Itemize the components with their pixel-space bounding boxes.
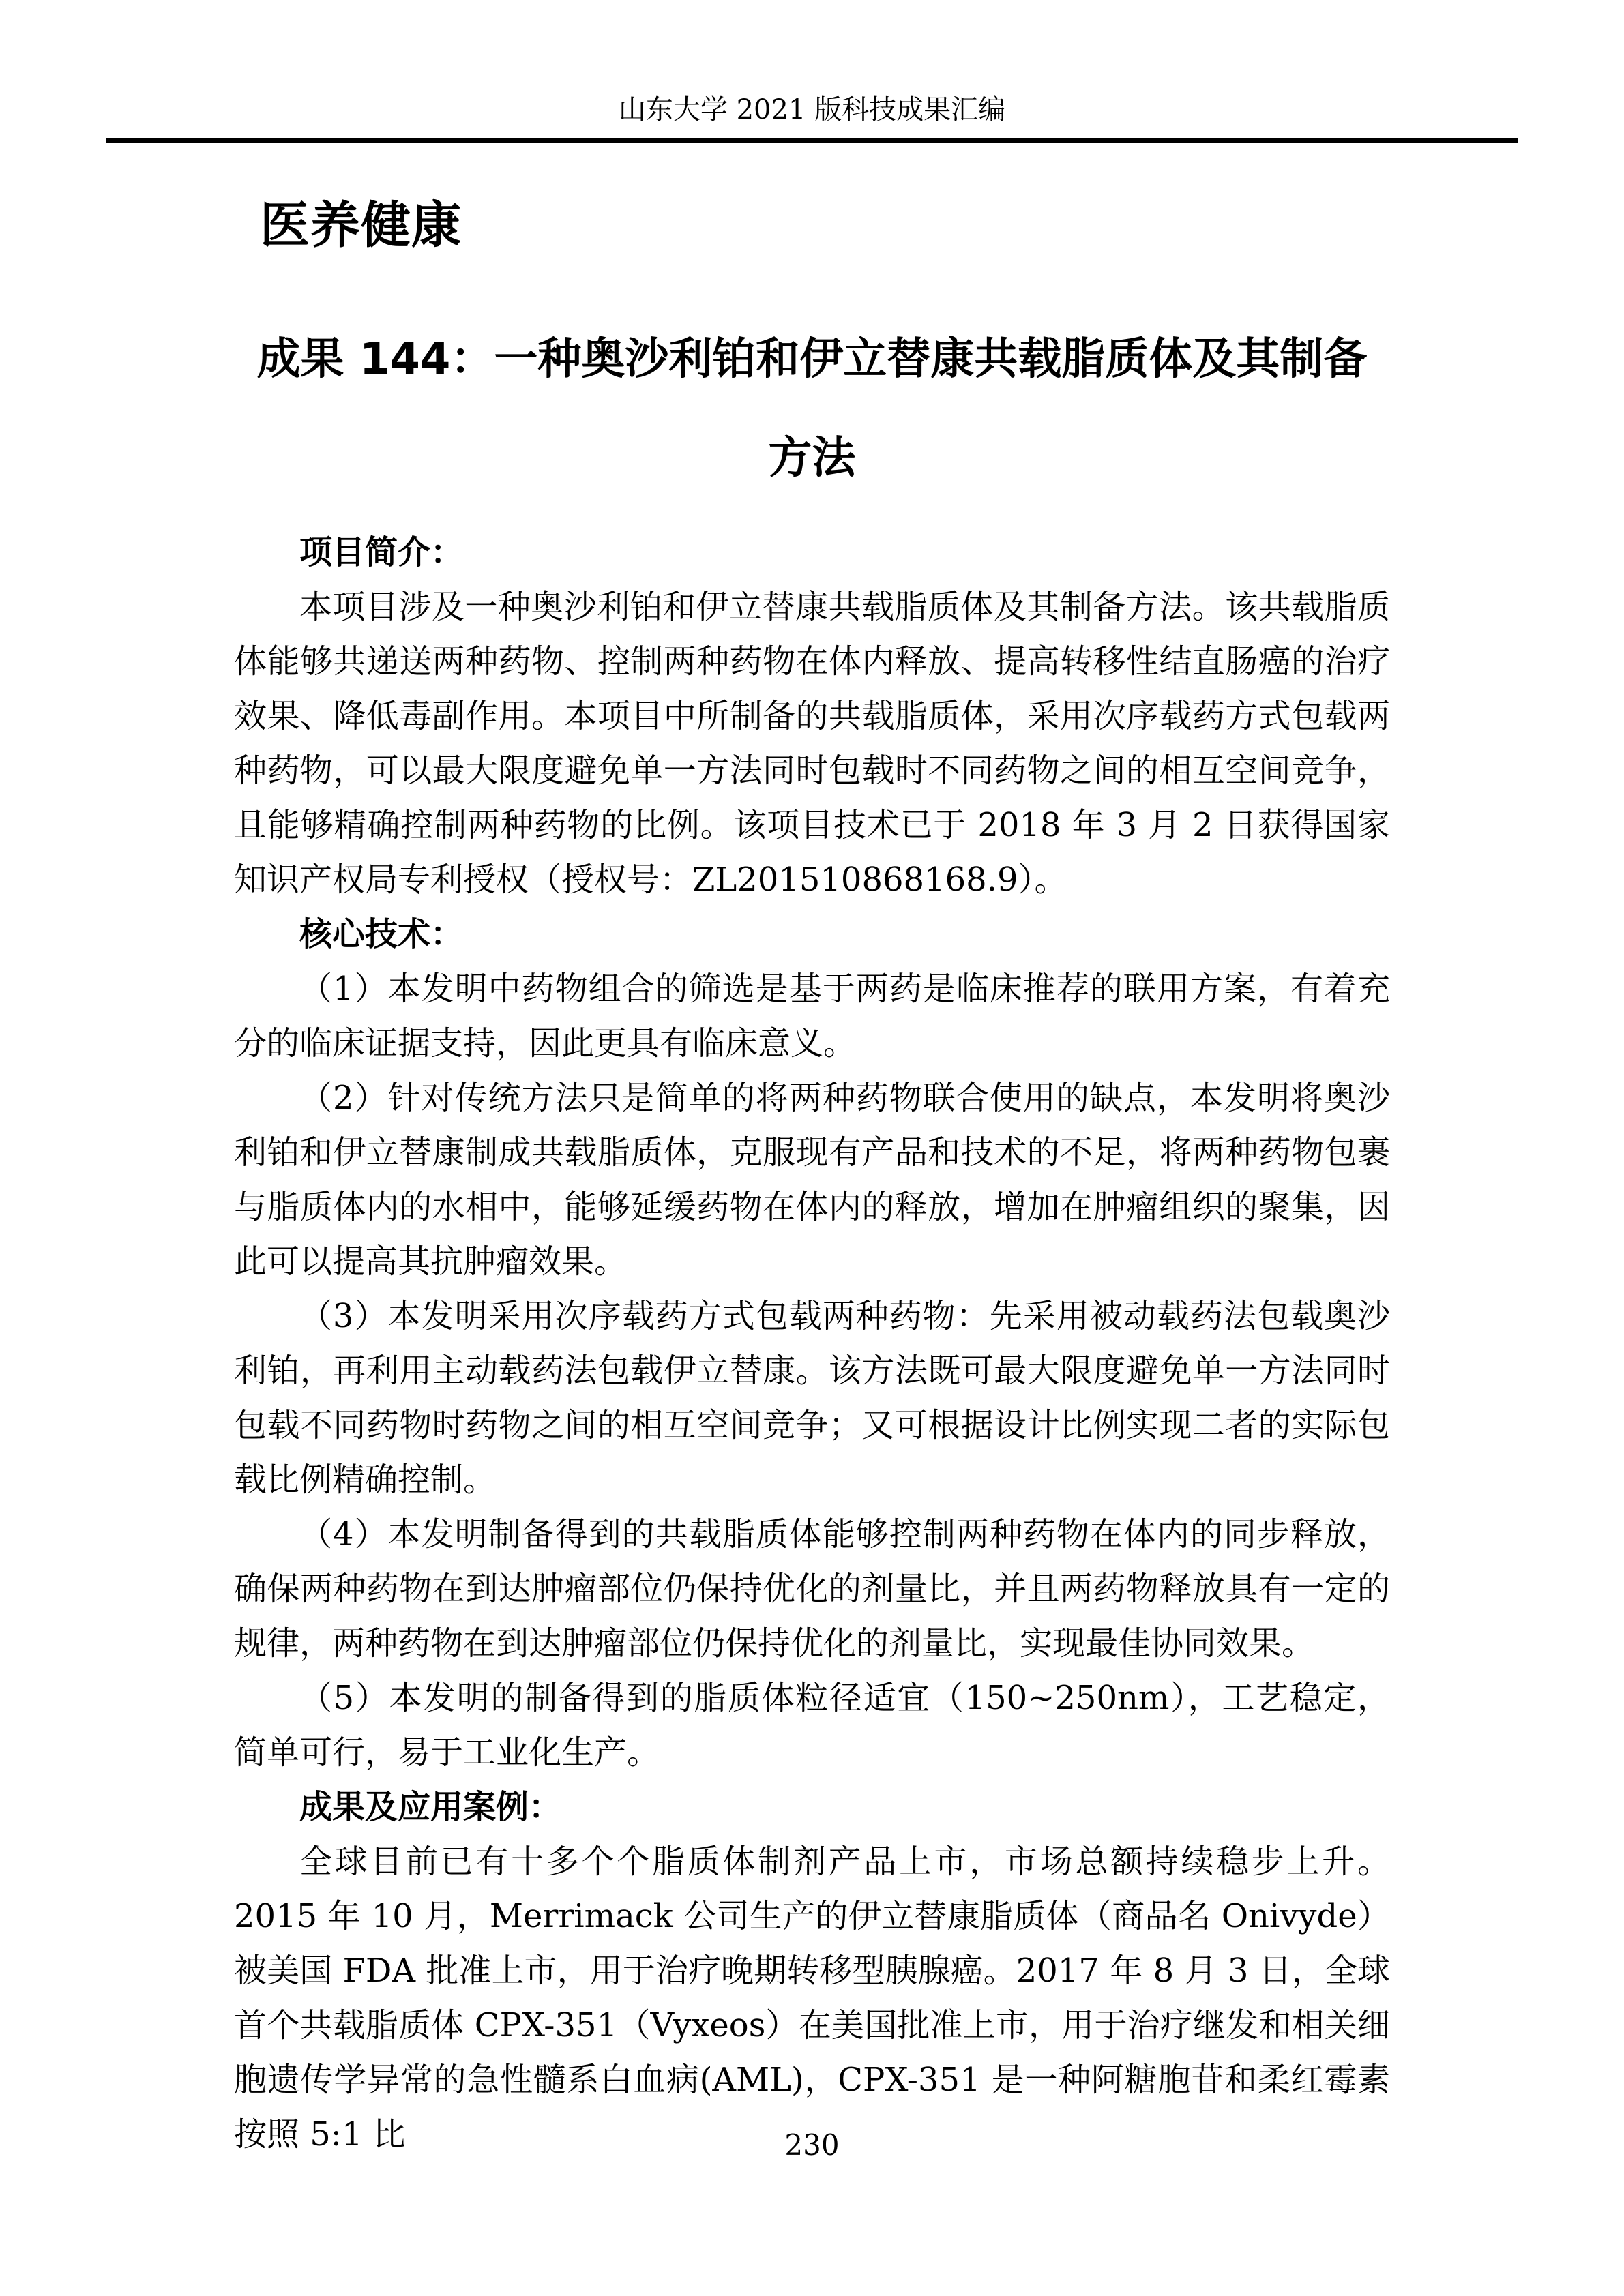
document-body: 项目简介： 本项目涉及一种奥沙利铂和伊立替康共载脂质体及其制备方法。该共载脂质体… [234,525,1390,2162]
paragraph-core-tech-point-5: （5）本发明的制备得到的脂质体粒径适宜（150~250nm），工艺稳定，简单可行… [234,1671,1390,1780]
paragraph-core-tech-point-1: （1）本发明中药物组合的筛选是基于两药是临床推荐的联用方案，有着充分的临床证据支… [234,961,1390,1071]
paragraph-core-tech-point-3: （3）本发明采用次序载药方式包载两种药物：先采用被动载药法包载奥沙利铂，再利用主… [234,1289,1390,1507]
achievement-title-line2: 方法 [234,409,1390,508]
page-number: 230 [0,2129,1624,2162]
paragraph-core-tech-point-2: （2）针对传统方法只是简单的将两种药物联合使用的缺点，本发明将奥沙利铂和伊立替康… [234,1071,1390,1289]
subheading-results-applications: 成果及应用案例： [234,1780,1390,1834]
subheading-project-intro: 项目简介： [234,525,1390,580]
header-rule [106,138,1518,143]
achievement-title: 成果 144：一种奥沙利铂和伊立替康共载脂质体及其制备 方法 [234,310,1390,508]
section-title: 医养健康 [260,196,462,255]
paragraph-core-tech-point-4: （4）本发明制备得到的共载脂质体能够控制两种药物在体内的同步释放，确保两种药物在… [234,1507,1390,1671]
paragraph-project-intro: 本项目涉及一种奥沙利铂和伊立替康共载脂质体及其制备方法。该共载脂质体能够共递送两… [234,580,1390,907]
document-page: 山东大学 2021 版科技成果汇编 医养健康 成果 144：一种奥沙利铂和伊立替… [0,0,1624,2296]
achievement-title-line1: 成果 144：一种奥沙利铂和伊立替康共载脂质体及其制备 [234,310,1390,409]
paragraph-results-applications: 全球目前已有十多个个脂质体制剂产品上市，市场总额持续稳步上升。2015 年 10… [234,1834,1390,2162]
running-header: 山东大学 2021 版科技成果汇编 [0,94,1624,125]
subheading-core-technology: 核心技术： [234,907,1390,961]
